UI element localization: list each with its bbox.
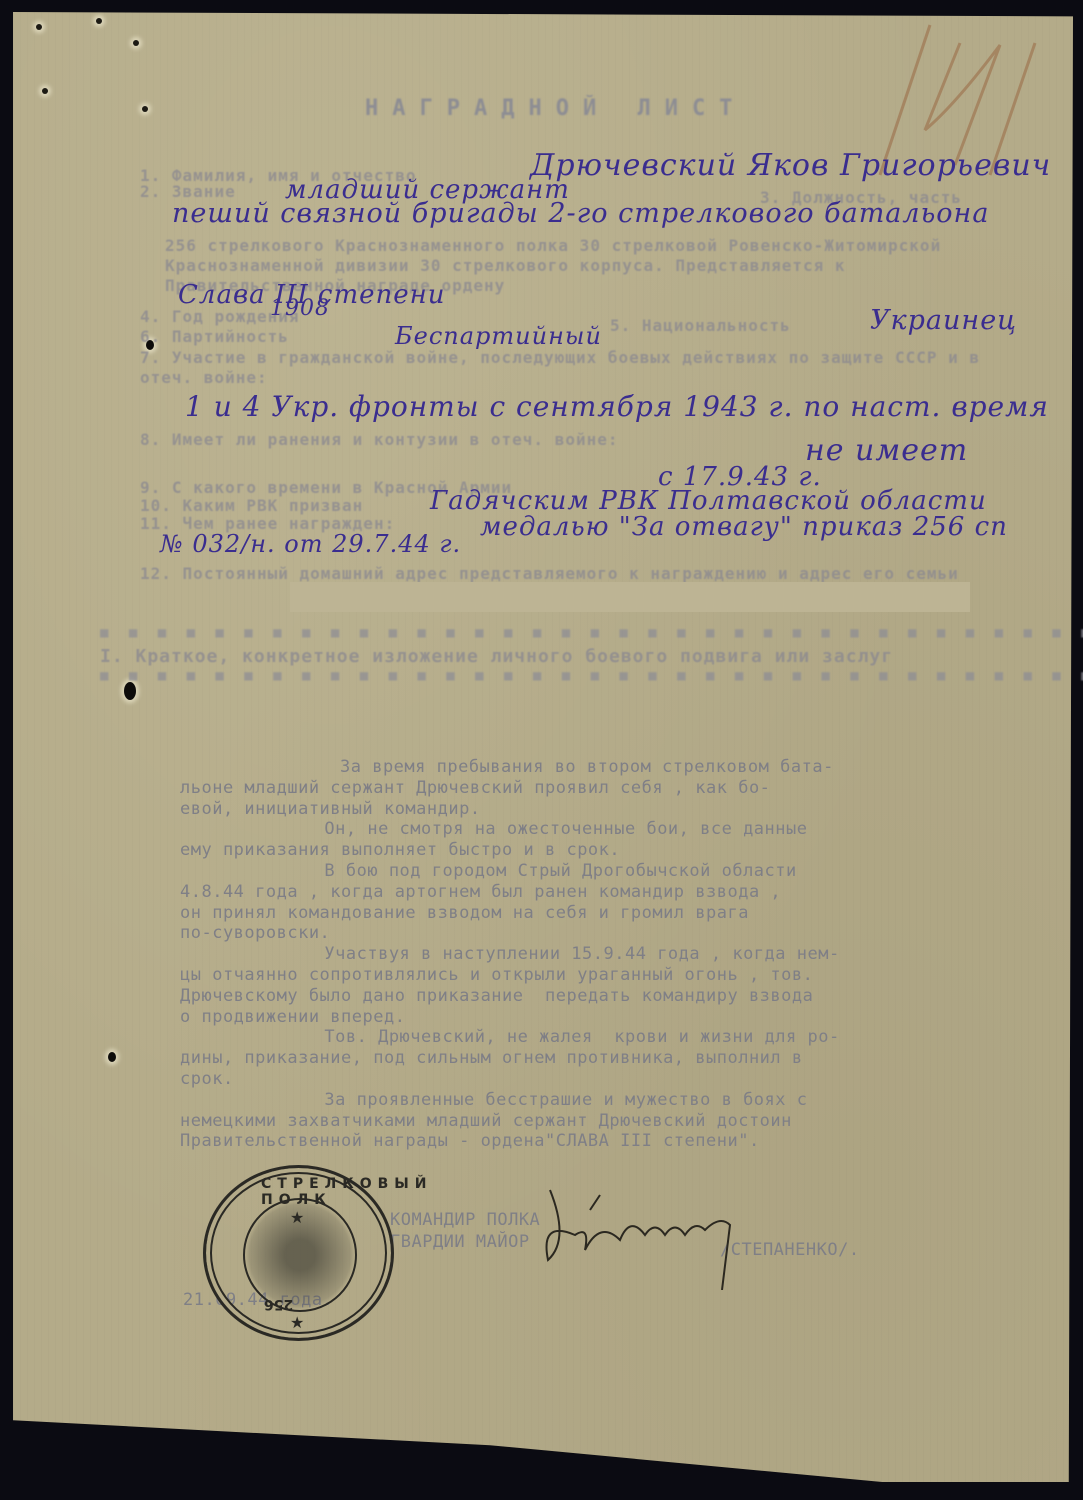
regiment-stamp: СТРЕЛКОВЫЙ ПОЛК 256 ★ ★ [203, 1165, 394, 1341]
field-value-prior-award-order: № 032/н. от 29.7.44 г. [160, 530, 461, 558]
hole-mark [42, 88, 48, 94]
dotted-separator: ■ ■ ■ ■ ■ ■ ■ ■ ■ ■ ■ ■ ■ ■ ■ ■ ■ ■ ■ ■ … [100, 668, 1083, 684]
field-label-wounds: 8. Имеет ли ранения и контузии в отеч. в… [140, 430, 618, 449]
signature-title-line2: ГВАРДИИ МАЙОР [390, 1232, 530, 1252]
narrative-line: Участвуя в наступлении 15.9.44 года , ко… [180, 944, 840, 965]
field-label-party: 6. Партийность [140, 327, 289, 346]
hole-mark [133, 40, 139, 46]
narrative-line: 4.8.44 года , когда артогнем был ранен к… [180, 882, 840, 903]
narrative-line: дины, приказание, под сильным огнем прот… [180, 1048, 840, 1069]
stamp-star-icon: ★ [290, 1313, 304, 1332]
stamp-number: 256 [264, 1296, 293, 1312]
narrative-line: цы отчаянно сопротивлялись и открыли ура… [180, 965, 840, 986]
narrative-line: срок. [180, 1069, 840, 1090]
signature-title-line1: КОМАНДИР ПОЛКА [390, 1210, 540, 1230]
section-heading: I. Краткое, конкретное изложение личного… [100, 646, 893, 667]
hole-mark [96, 18, 102, 24]
stamp-star-icon: ★ [290, 1208, 304, 1227]
document-title: НАГРАДНОЙ ЛИСТ [365, 96, 746, 121]
narrative-line: льоне младший сержант Дрючевский проявил… [180, 778, 840, 799]
narrative-line: За время пребывания во втором стрелковом… [180, 757, 840, 778]
field-value-position: пеший связной бригады 2-го стрелкового б… [172, 198, 989, 229]
hole-mark [36, 24, 42, 30]
narrative-line: За проявленные бесстрашие и мужество в б… [180, 1090, 840, 1111]
dotted-separator: ■ ■ ■ ■ ■ ■ ■ ■ ■ ■ ■ ■ ■ ■ ■ ■ ■ ■ ■ ■ … [100, 625, 1083, 641]
narrative-line: Он, не смотря на ожесточенные бои, все д… [180, 819, 840, 840]
field-value-nationality: Украинец [870, 305, 1017, 336]
narrative-line: он принял командование взводом на себя и… [180, 903, 840, 924]
field-value-wounds: не имеет [805, 433, 968, 468]
field-value-party: Беспартийный [395, 322, 602, 350]
field-value-name: Дрючевский Яков Григорьевич [530, 148, 1051, 183]
field-value-birth-year: 1908 [270, 296, 330, 321]
narrative-line: о продвижении вперед. [180, 1007, 840, 1028]
narrative-line: по-суворовски. [180, 923, 840, 944]
narrative-line: ему приказания выполняет быстро и в срок… [180, 840, 840, 861]
signature-icon [530, 1180, 790, 1290]
narrative-line: евой, инициативный командир. [180, 799, 840, 820]
stamp-text: СТРЕЛКОВЫЙ ПОЛК [261, 1176, 433, 1208]
narrative-line: Правительственной награды - ордена"СЛАВА… [180, 1131, 840, 1152]
redacted-address [290, 582, 970, 612]
field-label-nationality: 5. Национальность [610, 316, 791, 335]
field-label-conscripted: 10. Каким РВК призван [140, 496, 363, 515]
hole-mark [142, 106, 148, 112]
field-label-war-participation: 7. Участие в гражданской войне, последую… [140, 348, 1040, 388]
hole-mark [108, 1052, 116, 1062]
narrative-line: немецкими захватчиками младший сержант Д… [180, 1111, 840, 1132]
field-label-address: 12. Постоянный домашний адрес представля… [140, 565, 1040, 583]
field-value-prior-awards: медалью "За отвагу" приказ 256 сп [480, 512, 1008, 542]
narrative-line: Дрючевскому было дано приказание передат… [180, 986, 840, 1007]
hole-mark [124, 682, 136, 700]
narrative-line: Тов. Дрючевский, не жалея крови и жизни … [180, 1027, 840, 1048]
narrative-line: В бою под городом Стрый Дрогобычской обл… [180, 861, 840, 882]
narrative-block: За время пребывания во втором стрелковом… [180, 757, 840, 1152]
field-value-war-participation: 1 и 4 Укр. фронты с сентября 1943 г. по … [185, 390, 1049, 423]
